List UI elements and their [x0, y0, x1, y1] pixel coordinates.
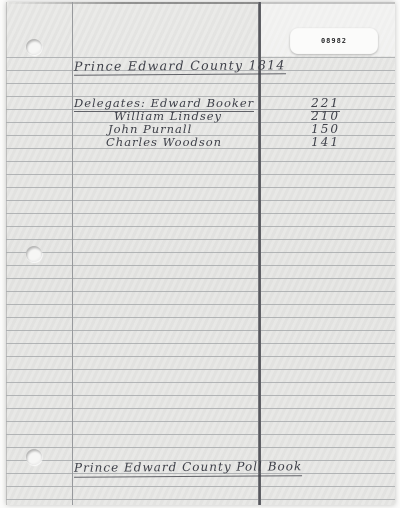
catalog-number: 08982 [321, 37, 347, 45]
delegate-name: Charles Woodson [106, 135, 222, 150]
hole-punch-bottom [26, 449, 42, 465]
footer-title-text: Prince Edward County Poll Book [74, 459, 302, 478]
scanned-poll-book-page: 08982 Prince Edward County 1814 Delegate… [0, 0, 400, 508]
catalog-sticker: 08982 [290, 28, 378, 54]
hole-punch-top [26, 39, 42, 55]
notebook-paper: 08982 Prince Edward County 1814 Delegate… [6, 2, 395, 505]
delegate-entry-row: Charles Woodson 141 [6, 135, 400, 150]
hole-punch-middle [26, 246, 42, 262]
footer-title: Prince Edward County Poll Book [74, 460, 302, 475]
vote-count: 141 [296, 135, 340, 150]
margin-line [72, 2, 73, 505]
page-title: Prince Edward County 1814 [74, 58, 286, 73]
page-title-text: Prince Edward County 1814 [74, 57, 286, 75]
binding-seam-line [258, 2, 261, 505]
